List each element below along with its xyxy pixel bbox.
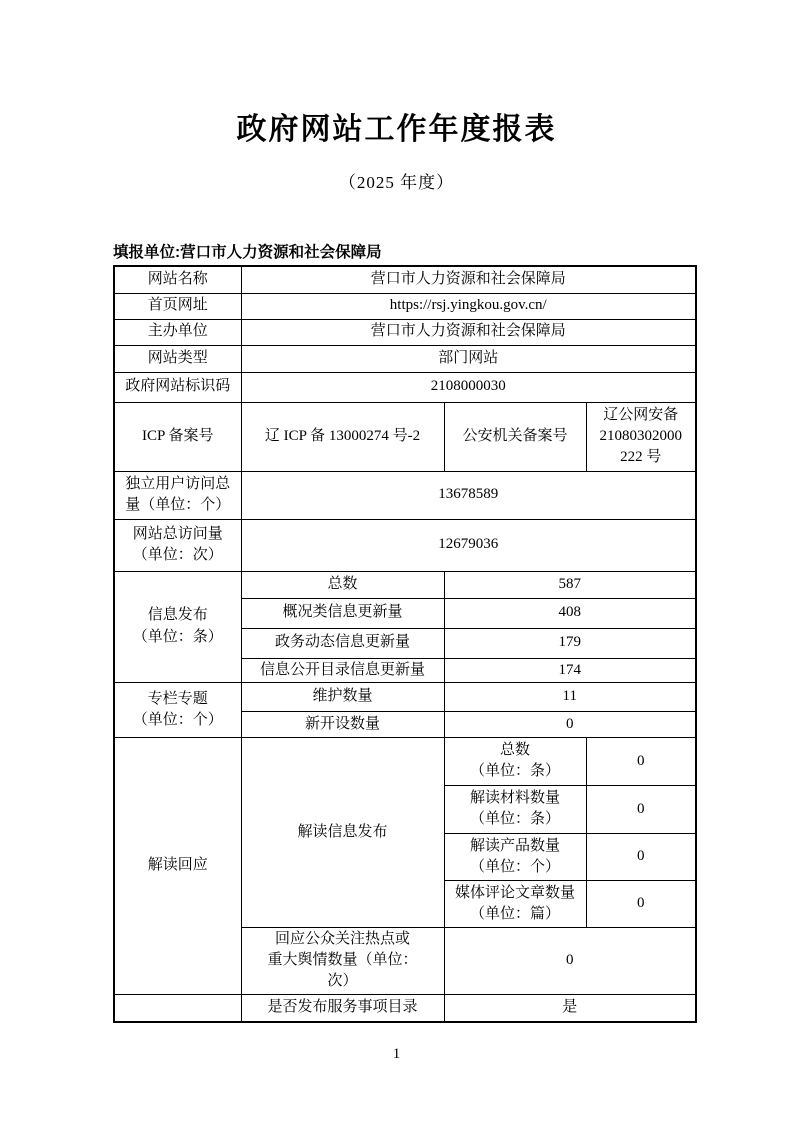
- public-response-value: 0: [444, 927, 696, 994]
- special-topics-section-label: 专栏专题 （单位：个）: [114, 682, 241, 737]
- row-host-unit: 主办单位 营口市人力资源和社会保障局: [114, 319, 696, 345]
- icp-value: 辽 ICP 备 13000274 号-2: [241, 402, 444, 471]
- unique-visitors-value: 13678589: [241, 471, 696, 519]
- filing-unit: 填报单位:营口市人力资源和社会保障局: [113, 240, 382, 262]
- disclosure-updates-value: 174: [444, 658, 696, 682]
- disclosure-updates-label: 信息公开目录信息更新量: [241, 658, 444, 682]
- row-site-name: 网站名称 营口市人力资源和社会保障局: [114, 266, 696, 293]
- total-visits-value: 12679036: [241, 519, 696, 571]
- info-publish-section-label: 信息发布 （单位：条）: [114, 571, 241, 682]
- info-total-value: 587: [444, 571, 696, 598]
- row-site-type: 网站类型 部门网站: [114, 345, 696, 372]
- site-name-label: 网站名称: [114, 266, 241, 293]
- overview-updates-label: 概况类信息更新量: [241, 598, 444, 628]
- row-info-publish-total: 信息发布 （单位：条） 总数 587: [114, 571, 696, 598]
- empty-section-cell: [114, 994, 241, 1022]
- media-commentary-value: 0: [586, 880, 696, 927]
- topics-maintained-value: 11: [444, 682, 696, 711]
- topics-new-label: 新开设数量: [241, 711, 444, 737]
- annual-report-table: 网站名称 营口市人力资源和社会保障局 首页网址 https://rsj.ying…: [113, 265, 697, 1023]
- row-site-id-code: 政府网站标识码 2108000030: [114, 372, 696, 402]
- host-unit-label: 主办单位: [114, 319, 241, 345]
- info-total-label: 总数: [241, 571, 444, 598]
- row-service-catalog: 是否发布服务事项目录 是: [114, 994, 696, 1022]
- row-topics-maintained: 专栏专题 （单位：个） 维护数量 11: [114, 682, 696, 711]
- row-home-url: 首页网址 https://rsj.yingkou.gov.cn/: [114, 293, 696, 319]
- police-filing-value: 辽公网安备 21080302000 222 号: [586, 402, 696, 471]
- site-id-code-label: 政府网站标识码: [114, 372, 241, 402]
- public-response-label: 回应公众关注热点或 重大舆情数量（单位： 次）: [241, 927, 444, 994]
- page-number: 1: [0, 1046, 793, 1063]
- row-icp-filing: ICP 备案号 辽 ICP 备 13000274 号-2 公安机关备案号 辽公网…: [114, 402, 696, 471]
- topics-new-value: 0: [444, 711, 696, 737]
- site-type-label: 网站类型: [114, 345, 241, 372]
- interpretation-section-label: 解读回应: [114, 737, 241, 994]
- row-interpret-total: 解读回应 解读信息发布 总数 （单位：条） 0: [114, 737, 696, 785]
- overview-updates-value: 408: [444, 598, 696, 628]
- service-catalog-value: 是: [444, 994, 696, 1022]
- host-unit-value: 营口市人力资源和社会保障局: [241, 319, 696, 345]
- page-title: 政府网站工作年度报表: [0, 104, 793, 148]
- interpret-materials-value: 0: [586, 785, 696, 833]
- media-commentary-label: 媒体评论文章数量 （单位：篇）: [444, 880, 586, 927]
- interpret-total-label: 总数 （单位：条）: [444, 737, 586, 785]
- icp-label: ICP 备案号: [114, 402, 241, 471]
- interpret-publish-label: 解读信息发布: [241, 737, 444, 927]
- unique-visitors-label: 独立用户访问总 量（单位：个）: [114, 471, 241, 519]
- site-name-value: 营口市人力资源和社会保障局: [241, 266, 696, 293]
- topics-maintained-label: 维护数量: [241, 682, 444, 711]
- row-unique-visitors: 独立用户访问总 量（单位：个） 13678589: [114, 471, 696, 519]
- police-filing-label: 公安机关备案号: [444, 402, 586, 471]
- interpret-materials-label: 解读材料数量 （单位：条）: [444, 785, 586, 833]
- service-catalog-label: 是否发布服务事项目录: [241, 994, 444, 1022]
- home-url-value: https://rsj.yingkou.gov.cn/: [241, 293, 696, 319]
- gov-news-updates-label: 政务动态信息更新量: [241, 628, 444, 658]
- interpret-total-value: 0: [586, 737, 696, 785]
- report-year-subtitle: （2025 年度）: [0, 168, 793, 193]
- total-visits-label: 网站总访问量 （单位：次）: [114, 519, 241, 571]
- interpret-products-value: 0: [586, 833, 696, 880]
- interpret-products-label: 解读产品数量 （单位：个）: [444, 833, 586, 880]
- report-page: 政府网站工作年度报表 （2025 年度） 填报单位:营口市人力资源和社会保障局 …: [0, 0, 793, 1122]
- site-id-code-value: 2108000030: [241, 372, 696, 402]
- row-total-visits: 网站总访问量 （单位：次） 12679036: [114, 519, 696, 571]
- site-type-value: 部门网站: [241, 345, 696, 372]
- home-url-label: 首页网址: [114, 293, 241, 319]
- gov-news-updates-value: 179: [444, 628, 696, 658]
